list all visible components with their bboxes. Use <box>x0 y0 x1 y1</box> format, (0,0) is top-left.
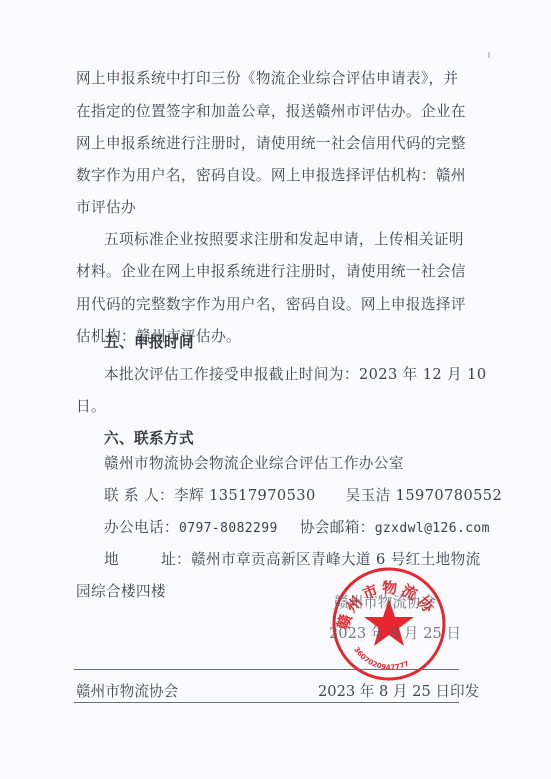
paragraph-line: 网上申报系统中打印三份《物流企业综合评估申请表》，并 <box>76 70 476 88</box>
contacts-line: 联 系 人：李辉 13517970530吴玉洁 15970780552 <box>104 487 504 505</box>
deadline-line: 本批次评估工作接受申报截止时间为：2023 年 12 月 10 <box>104 366 504 384</box>
footer-issued-date: 2023 年 8 月 25 日印发 <box>318 683 479 701</box>
paragraph-line: 用代码的完整数字作为用户名，密码自设。网上申报选择评 <box>76 296 476 314</box>
address-label: 地址： <box>104 551 191 568</box>
paragraph-line: 五项标准企业按照要求注册和发起申请，上传相关证明 <box>104 231 504 249</box>
section-heading-6: 六、联系方式 <box>104 430 504 448</box>
email-label: 协会邮箱： <box>300 519 375 536</box>
phone-email-line: 办公电话：0797-8082299协会邮箱：gzxdwl@126.com <box>104 519 504 538</box>
phone-label: 办公电话： <box>104 519 179 536</box>
scan-mark <box>488 52 490 58</box>
contact-2: 吴玉洁 15970780552 <box>346 487 503 504</box>
paragraph-line: 材料。企业在网上申报系统进行注册时，请使用统一社会信 <box>76 263 476 281</box>
paragraph-line: 网上申报系统进行注册时，请使用统一社会信用代码的完整 <box>76 135 476 153</box>
footer-top-rule <box>74 669 459 670</box>
signature-date: 2023 年 8 月 25 日 <box>329 625 461 643</box>
footer-issuer: 赣州市物流协会 <box>76 683 178 701</box>
office-name: 赣州市物流协会物流企业综合评估工作办公室 <box>104 455 504 473</box>
official-seal-icon: 赣州市物流协会 3607020947777 <box>330 565 448 683</box>
paragraph-line: 在指定的位置签字和加盖公章，报送赣州市评估办。企业在 <box>76 103 476 121</box>
footer-bottom-rule <box>74 702 459 703</box>
signature-org: 赣州市物流协会 <box>334 594 436 612</box>
section-heading-5: 五、申报时间 <box>104 334 504 352</box>
contacts-label: 联 系 人： <box>104 487 174 504</box>
svg-text:3607020947777: 3607020947777 <box>352 646 410 672</box>
email-address: gzxdwl@126.com <box>375 521 490 536</box>
paragraph-line: 市评估办 <box>76 199 476 217</box>
contact-1: 李辉 13517970530 <box>174 487 316 504</box>
deadline-line: 日。 <box>76 398 476 416</box>
document-page: 网上申报系统中打印三份《物流企业综合评估申请表》，并 在指定的位置签字和加盖公章… <box>0 0 551 779</box>
paragraph-line: 数字作为用户名，密码自设。网上申报选择评估机构：赣州 <box>76 167 476 185</box>
office-phone: 0797-8082299 <box>179 521 278 536</box>
